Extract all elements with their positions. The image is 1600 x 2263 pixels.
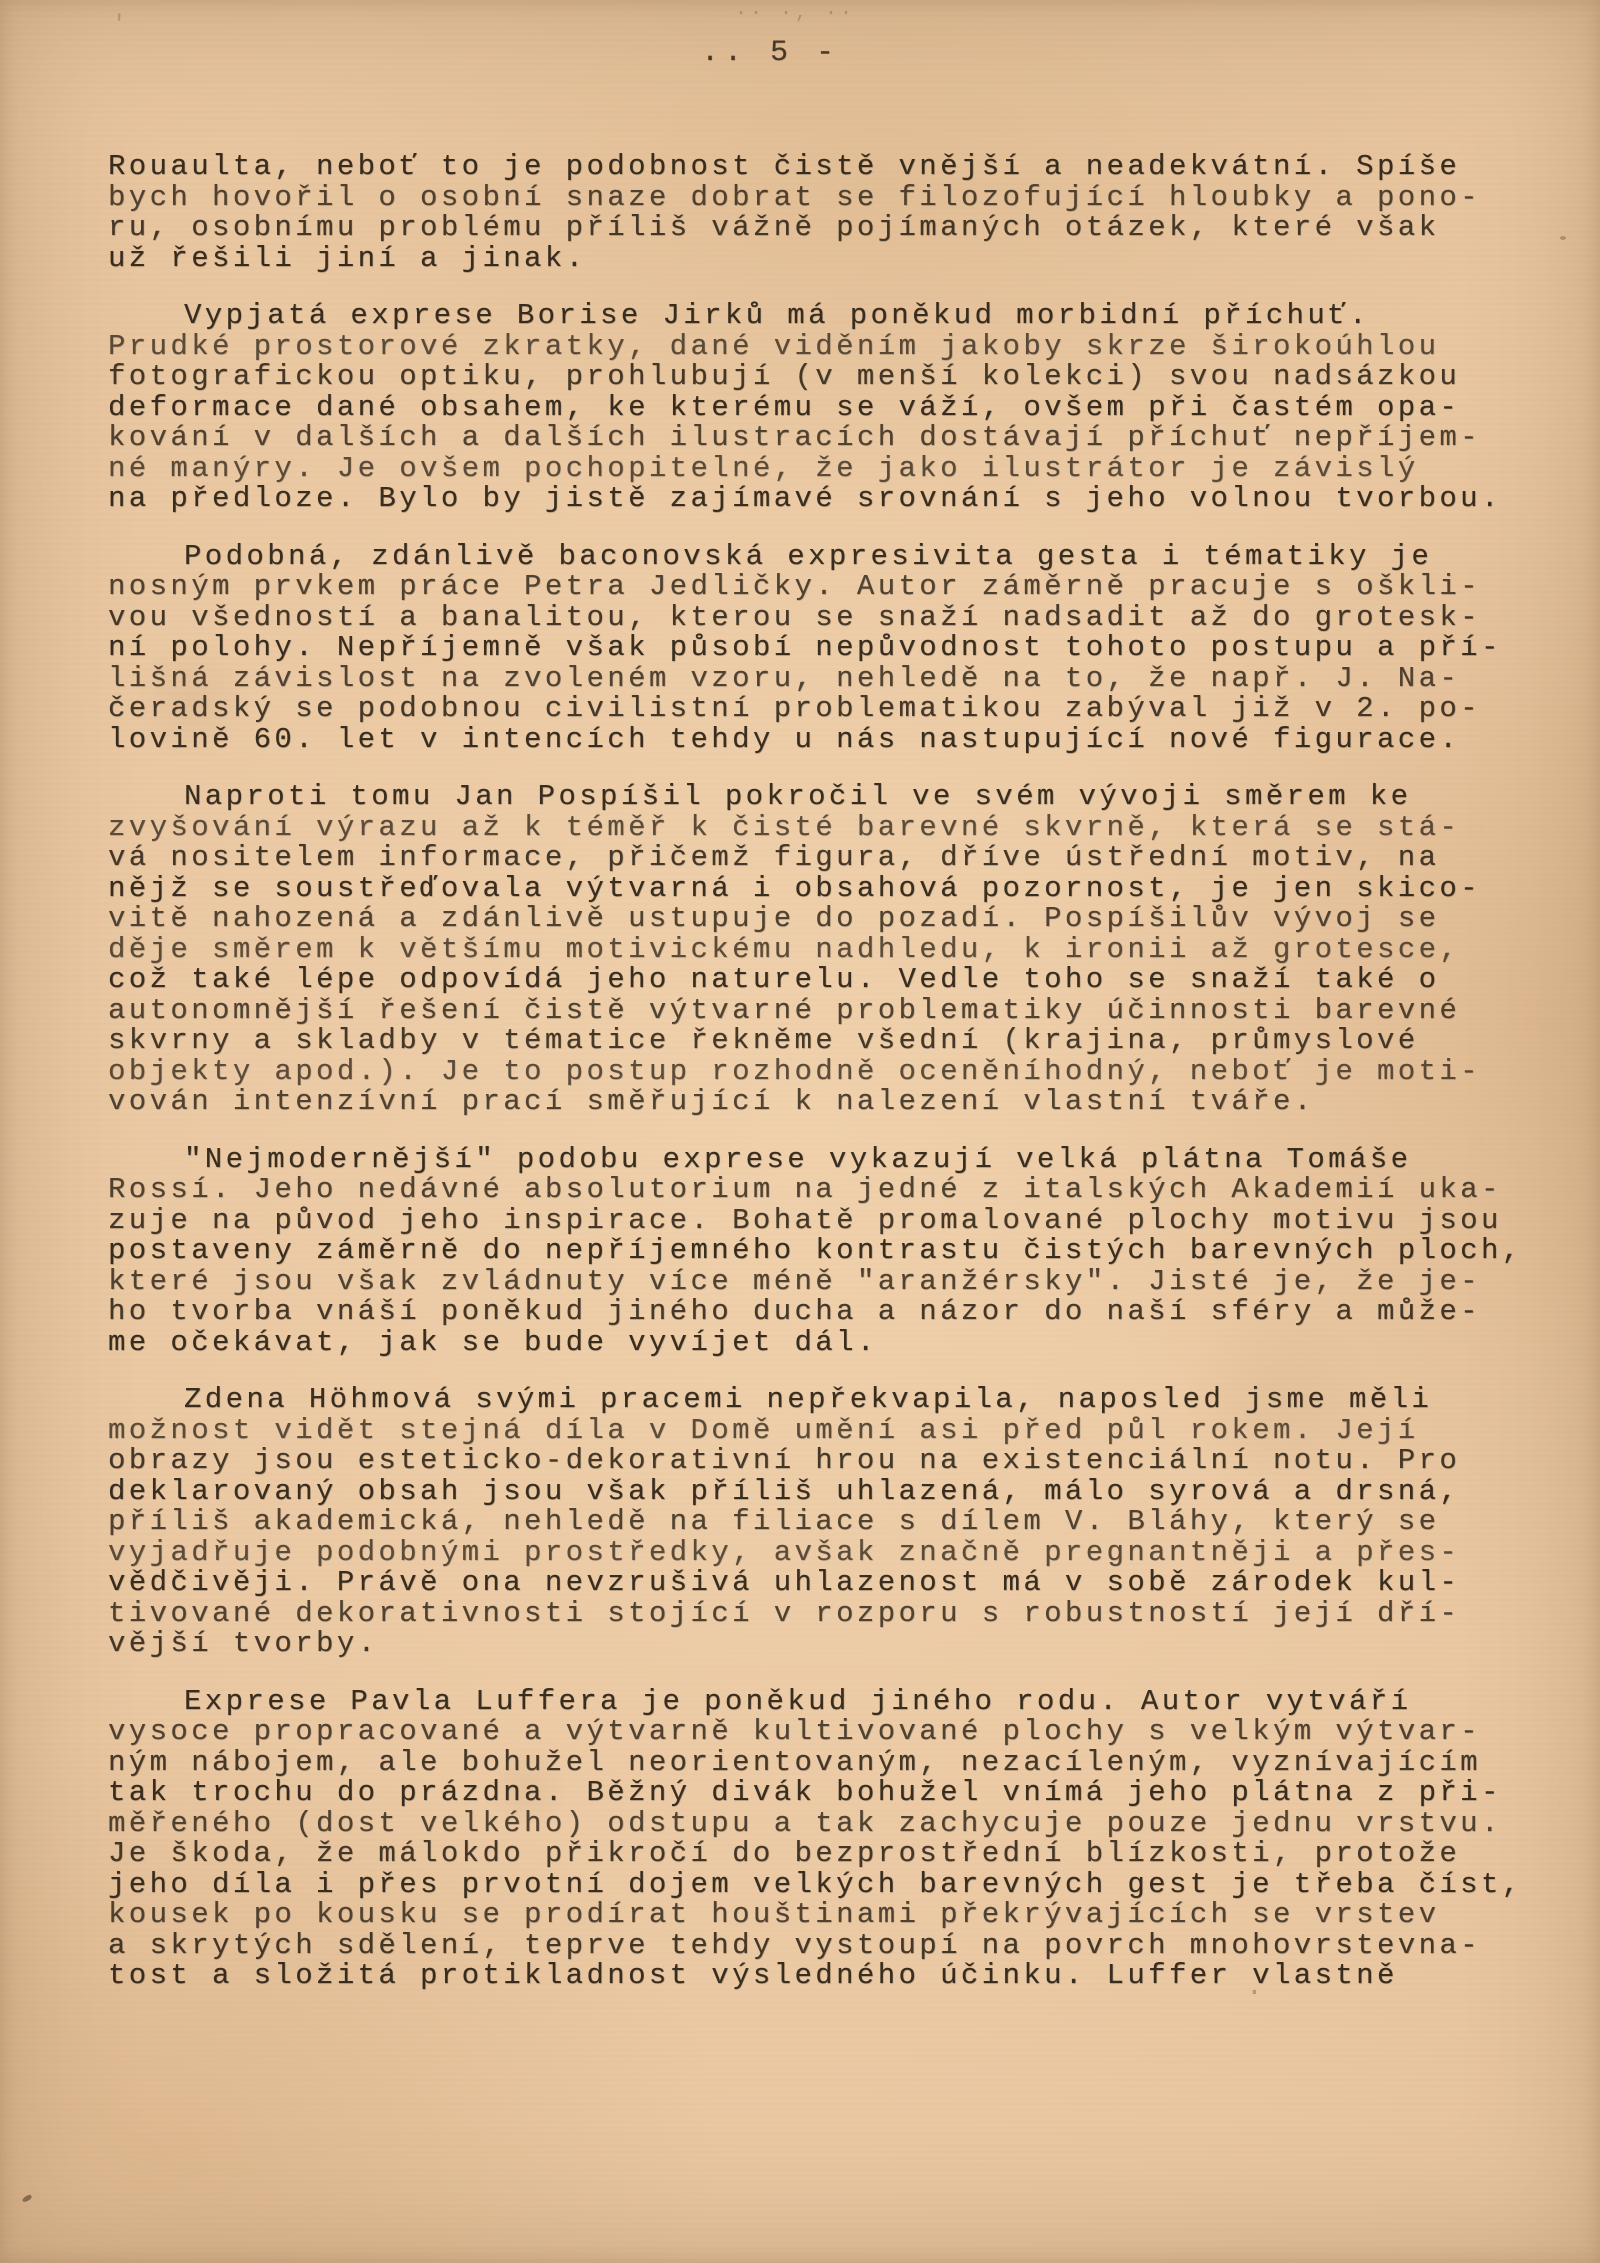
text-line: Naproti tomu Jan Pospíšil pokročil ve sv… bbox=[108, 782, 1568, 813]
text-line: tost a složitá protikladnost výsledného … bbox=[108, 1961, 1568, 1992]
paragraph: Zdena Höhmová svými pracemi nepřekvapila… bbox=[108, 1385, 1568, 1660]
text-line: deklarovaný obsah jsou však příliš uhlaz… bbox=[108, 1477, 1568, 1508]
scan-speck bbox=[21, 2194, 32, 2203]
text-block: Rouaulta, neboť to je podobnost čistě vn… bbox=[108, 152, 1568, 1992]
text-line: příliš akademická, nehledě na filiace s … bbox=[108, 1507, 1568, 1538]
text-line: čeradský se podobnou civilistní problema… bbox=[108, 694, 1568, 725]
text-line: Rossí. Jeho nedávné absolutorium na jedn… bbox=[108, 1175, 1568, 1206]
text-line: vitě nahozená a zdánlivě ustupuje do poz… bbox=[108, 904, 1568, 935]
text-line: Prudké prostorové zkratky, dané viděním … bbox=[108, 332, 1568, 363]
text-line: deformace dané obsahem, ke kterému se vá… bbox=[108, 393, 1568, 424]
paragraph: Exprese Pavla Luffera je poněkud jiného … bbox=[108, 1687, 1568, 1992]
text-line: které jsou však zvládnuty více méně "ara… bbox=[108, 1267, 1568, 1298]
text-line: vyjadřuje podobnými prostředky, avšak zn… bbox=[108, 1538, 1568, 1569]
text-line: zuje na původ jeho inspirace. Bohatě pro… bbox=[108, 1206, 1568, 1237]
text-line: jeho díla i přes prvotní dojem velkých b… bbox=[108, 1870, 1568, 1901]
scan-artifact-stray-dot: . bbox=[1246, 1972, 1266, 2003]
scanned-document-page: ·· ·, ·· ' .. 5 - Rouaulta, neboť to je … bbox=[0, 0, 1600, 2263]
page-number: .. 5 - bbox=[0, 36, 1540, 70]
scan-speck bbox=[1560, 236, 1566, 240]
text-line: kování v dalších a dalších ilustracích d… bbox=[108, 423, 1568, 454]
scan-artifact-top-marks: ·· ·, ·· bbox=[735, 2, 855, 25]
text-line: Je škoda, že málokdo přikročí do bezpros… bbox=[108, 1839, 1568, 1870]
text-line: kousek po kousku se prodírat houštinami … bbox=[108, 1900, 1568, 1931]
text-line: tivované dekorativnosti stojící v rozpor… bbox=[108, 1599, 1568, 1630]
text-line: me očekávat, jak se bude vyvíjet dál. bbox=[108, 1328, 1568, 1359]
text-line: Rouaulta, neboť to je podobnost čistě vn… bbox=[108, 152, 1568, 183]
text-line: postaveny záměrně do nepříjemného kontra… bbox=[108, 1236, 1568, 1267]
text-line: né manýry. Je ovšem pochopitelné, že jak… bbox=[108, 454, 1568, 485]
text-line: lovině 60. let v intencích tehdy u nás n… bbox=[108, 725, 1568, 756]
text-line: tak trochu do prázdna. Běžný divák bohuž… bbox=[108, 1778, 1568, 1809]
text-line: obrazy jsou esteticko-dekorativní hrou n… bbox=[108, 1446, 1568, 1477]
text-line: bych hovořil o osobní snaze dobrat se fi… bbox=[108, 183, 1568, 214]
text-line: měřeného (dost velkého) odstupu a tak za… bbox=[108, 1809, 1568, 1840]
text-line: vysoce propracované a výtvarně kultivova… bbox=[108, 1717, 1568, 1748]
text-line: autonomnější řešení čistě výtvarné probl… bbox=[108, 996, 1568, 1027]
text-line: což také lépe odpovídá jeho naturelu. Ve… bbox=[108, 965, 1568, 996]
text-line: nosným prvkem práce Petra Jedličky. Auto… bbox=[108, 572, 1568, 603]
text-line: Vypjatá exprese Borise Jirků má poněkud … bbox=[108, 301, 1568, 332]
text-line: Zdena Höhmová svými pracemi nepřekvapila… bbox=[108, 1385, 1568, 1416]
text-line: "Nejmodernější" podobu exprese vykazují … bbox=[108, 1145, 1568, 1176]
text-line: možnost vidět stejná díla v Domě umění a… bbox=[108, 1416, 1568, 1447]
paragraph: Podobná, zdánlivě baconovská expresivita… bbox=[108, 542, 1568, 756]
scan-artifact-corner-mark: ' bbox=[112, 12, 129, 39]
text-line: objekty apod.). Je to postup rozhodně oc… bbox=[108, 1057, 1568, 1088]
text-line: zvyšování výrazu až k téměř k čisté bare… bbox=[108, 813, 1568, 844]
text-line: na předloze. Bylo by jistě zajímavé srov… bbox=[108, 484, 1568, 515]
text-line: ho tvorba vnáší poněkud jiného ducha a n… bbox=[108, 1297, 1568, 1328]
text-line: vou všedností a banalitou, kterou se sna… bbox=[108, 603, 1568, 634]
text-line: ní polohy. Nepříjemně však působí nepůvo… bbox=[108, 633, 1568, 664]
paragraph: Rouaulta, neboť to je podobnost čistě vn… bbox=[108, 152, 1568, 274]
paragraph: "Nejmodernější" podobu exprese vykazují … bbox=[108, 1145, 1568, 1359]
text-line: děje směrem k většímu motivickému nadhle… bbox=[108, 935, 1568, 966]
text-line: lišná závislost na zvoleném vzoru, nehle… bbox=[108, 664, 1568, 695]
text-line: fotografickou optiku, prohlubují (v menš… bbox=[108, 362, 1568, 393]
text-line: a skrytých sdělení, teprve tehdy vystoup… bbox=[108, 1931, 1568, 1962]
text-line: ru, osobnímu problému příliš vážně pojím… bbox=[108, 213, 1568, 244]
text-line: už řešili jiní a jinak. bbox=[108, 244, 1568, 275]
text-line: vědčivěji. Právě ona nevzrušivá uhlazeno… bbox=[108, 1568, 1568, 1599]
paragraph: Vypjatá exprese Borise Jirků má poněkud … bbox=[108, 301, 1568, 515]
text-line: Podobná, zdánlivě baconovská expresivita… bbox=[108, 542, 1568, 573]
text-line: vován intenzívní prací směřující k nalez… bbox=[108, 1087, 1568, 1118]
text-line: nějž se soustřeďovala výtvarná i obsahov… bbox=[108, 874, 1568, 905]
text-line: vější tvorby. bbox=[108, 1629, 1568, 1660]
text-line: vá nositelem informace, přičemž figura, … bbox=[108, 843, 1568, 874]
text-line: Exprese Pavla Luffera je poněkud jiného … bbox=[108, 1687, 1568, 1718]
text-line: skvrny a skladby v tématice řekněme všed… bbox=[108, 1026, 1568, 1057]
paragraph: Naproti tomu Jan Pospíšil pokročil ve sv… bbox=[108, 782, 1568, 1118]
text-line: ným nábojem, ale bohužel neorientovaným,… bbox=[108, 1748, 1568, 1779]
